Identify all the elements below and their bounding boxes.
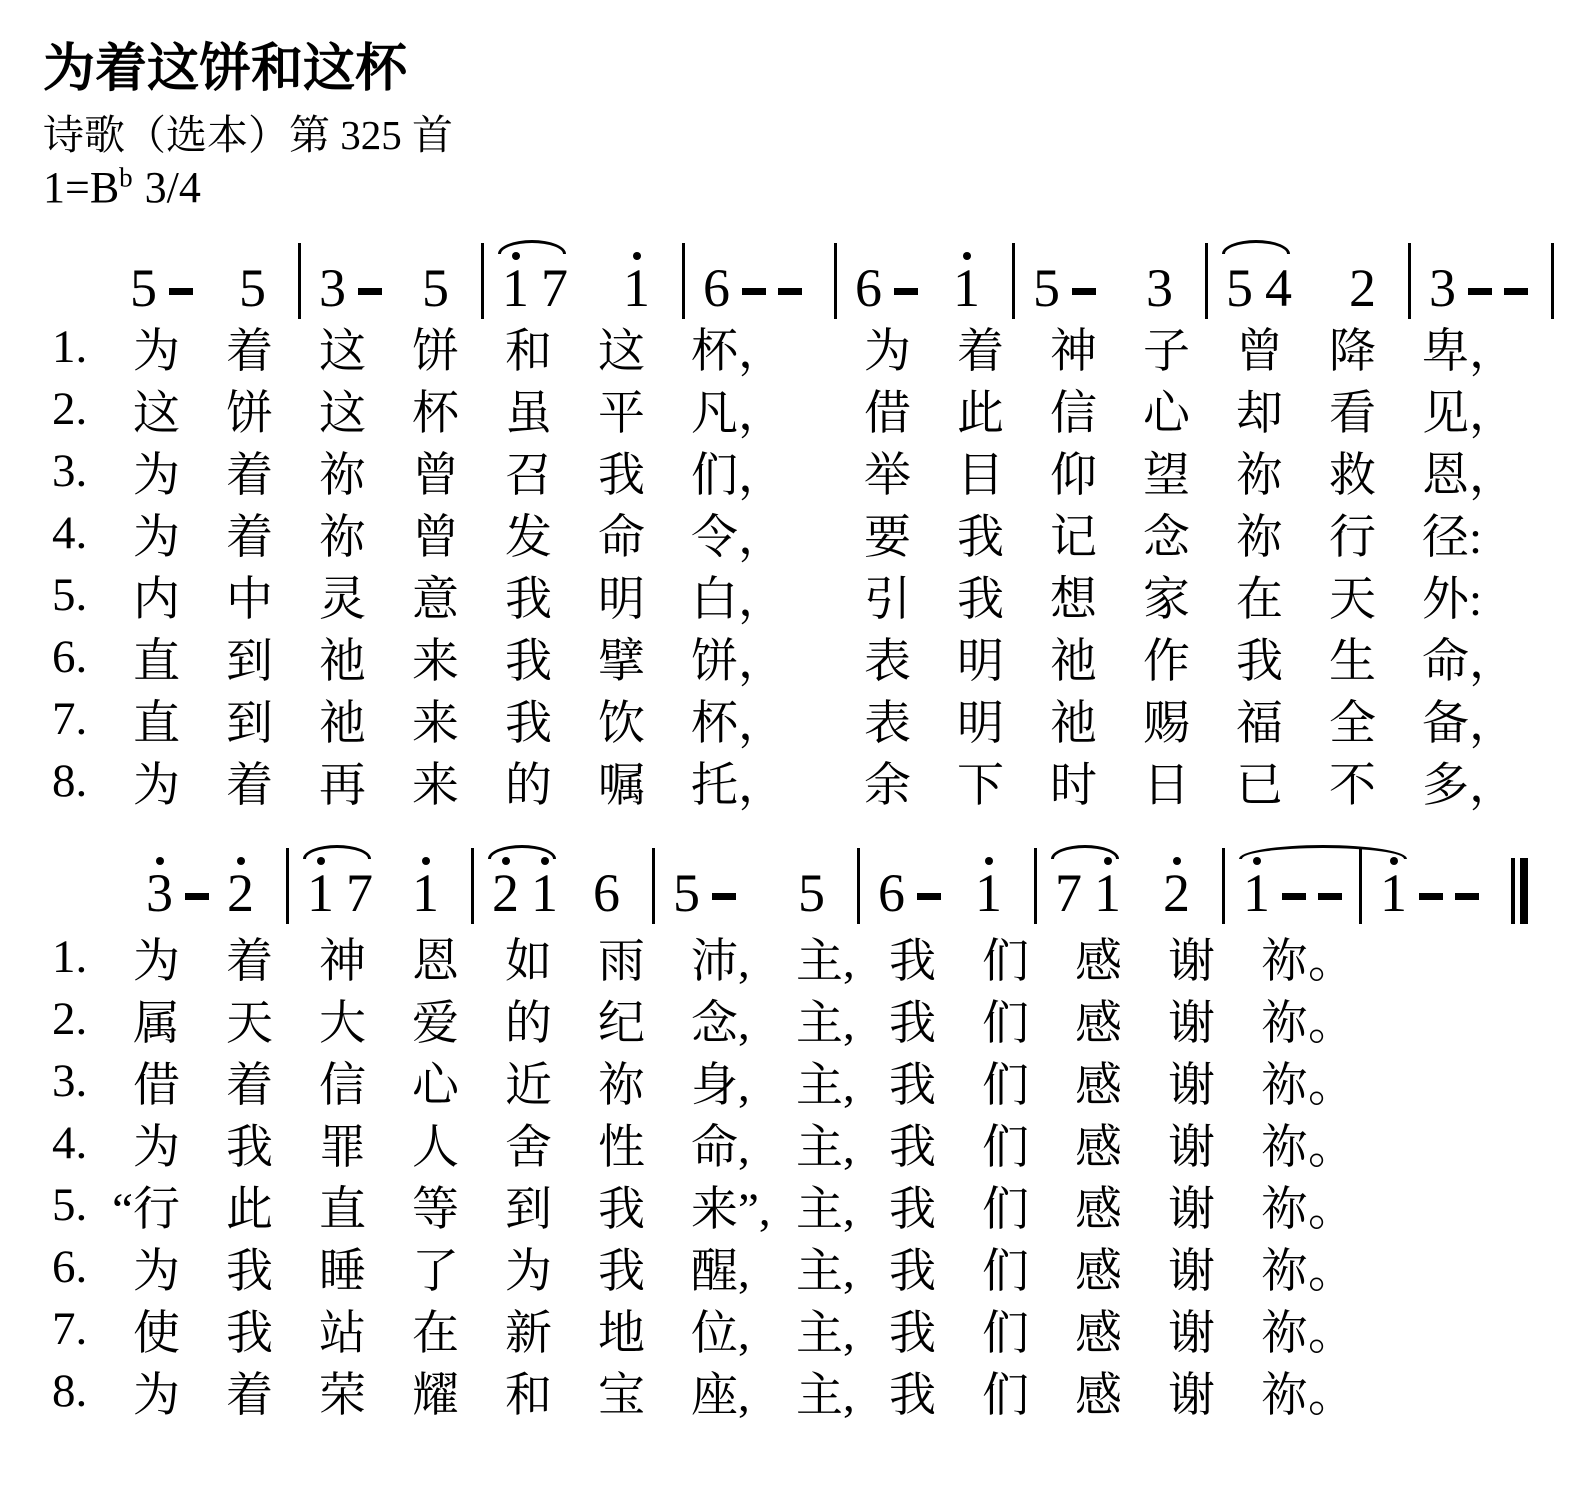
measure: 55 <box>655 838 857 924</box>
lyric-cell: 表 <box>841 686 934 753</box>
lyric-char: 和 <box>505 1370 552 1422</box>
lyric-char: 着 <box>957 326 1004 378</box>
lyric-char: 我 <box>889 998 936 1050</box>
lyric-cell: 谢 <box>1145 924 1238 991</box>
lyric-char: 着 <box>226 760 273 812</box>
lyric-cell: 直 <box>110 686 203 753</box>
note-group: 6 <box>849 257 924 319</box>
lyric-cell: 嘱 <box>575 748 668 815</box>
lyric-char: 意 <box>412 574 459 626</box>
lyric-cell: 祂 <box>296 624 389 691</box>
lyric-cell: 径: <box>1399 500 1492 567</box>
lyric-cell: 身, <box>668 1048 761 1115</box>
lyric-char: 我 <box>598 1246 645 1298</box>
note-group: 3 <box>1140 257 1179 319</box>
lyric-char: 我 <box>889 1308 936 1360</box>
lyric-cell: 望 <box>1120 438 1213 505</box>
lyric-cell: 命 <box>575 500 668 567</box>
lyric-cell: 们 <box>959 1234 1052 1301</box>
lyric-char: 仰 <box>1050 450 1097 502</box>
lyric-cell: 中 <box>203 562 296 629</box>
lyric-char: 主 <box>796 1246 843 1298</box>
lyric-char: 们 <box>982 1122 1029 1174</box>
lyric-cell: 虽 <box>482 376 575 443</box>
note: 5 <box>1033 257 1060 319</box>
lyric-cell: 为 <box>110 748 203 815</box>
lyric-char: 我 <box>598 1184 645 1236</box>
note: 5 <box>422 257 449 319</box>
duration-dash <box>185 893 209 900</box>
lyric-char: 饼 <box>691 636 738 688</box>
lyric-cell: 命, <box>668 1110 761 1177</box>
lyric-char: 为 <box>133 512 180 564</box>
lyric-cell: 大 <box>296 986 389 1053</box>
measure: 61 <box>860 838 1034 924</box>
lyric-cell: 饮 <box>575 686 668 753</box>
lyric-char: 这 <box>319 326 366 378</box>
lyric-char: 看 <box>1329 388 1376 440</box>
lyric-char: 命 <box>598 512 645 564</box>
lyric-char: 家 <box>1143 574 1190 626</box>
lyric-char: 天 <box>1329 574 1376 626</box>
lyric-char: 我 <box>889 1370 936 1422</box>
lyric-cell: 站 <box>296 1296 389 1363</box>
lyric-cell: 心 <box>389 1048 482 1115</box>
lyric-char: 主 <box>796 1122 843 1174</box>
lyric-char: 托 <box>691 760 738 812</box>
lyric-char: 我 <box>226 1122 273 1174</box>
lyric-char: 感 <box>1075 1122 1122 1174</box>
lyric-cell: 发 <box>482 500 575 567</box>
note-group: 6 <box>587 862 626 924</box>
lyric-char: 到 <box>505 1184 552 1236</box>
time-signature: 3/4 <box>145 163 201 212</box>
lyric-cell: 醒, <box>668 1234 761 1301</box>
lyric-cell: 我 <box>934 562 1027 629</box>
lyric-char: 祢 <box>1261 1308 1308 1360</box>
lyric-cell: 了 <box>389 1234 482 1301</box>
verse-row: 1.为着神恩如雨沛,主,我们感谢祢。 <box>0 926 1584 988</box>
verse-row: 3.借着信心近祢身,主,我们感谢祢。 <box>0 1050 1584 1112</box>
lyric-char: 内 <box>133 574 180 626</box>
lyric-cell: 们 <box>959 1296 1052 1363</box>
lyric-char: 沛 <box>691 936 738 988</box>
lyric-char: 见 <box>1422 388 1469 440</box>
lyric-cell: 着 <box>203 748 296 815</box>
lyric-cell: 为 <box>110 1358 203 1425</box>
lyric-char: 曾 <box>412 450 459 502</box>
lyric-char: 余 <box>864 760 911 812</box>
lyric-char: 我 <box>505 698 552 750</box>
lyric-char: 神 <box>319 936 366 988</box>
lyric-char: 曾 <box>1236 326 1283 378</box>
lyric-cell: 杯， <box>668 686 761 753</box>
verses-bottom: 1.为着神恩如雨沛,主,我们感谢祢。2.属天大爱的纪念,主,我们感谢祢。3.借着… <box>0 926 1584 1422</box>
lyric-char: 祢 <box>319 512 366 564</box>
measure: 53 <box>1015 233 1205 319</box>
measure: 6 <box>685 233 834 319</box>
lyric-char: 和 <box>505 326 552 378</box>
lyric-char: 卑 <box>1422 326 1469 378</box>
lyric-cell: 沛, <box>668 924 761 991</box>
lyric-char: 我 <box>889 1184 936 1236</box>
lyric-char: 新 <box>505 1308 552 1360</box>
lyric-cell: 救 <box>1306 438 1399 505</box>
lyric-char: 属 <box>133 998 180 1050</box>
lyric-cell: 天 <box>1306 562 1399 629</box>
lyric-cell: 卑， <box>1399 314 1492 381</box>
lyric-char: 明 <box>957 636 1004 688</box>
lyric-char: 等 <box>412 1184 459 1236</box>
lyric-char: 为 <box>133 450 180 502</box>
lyric-char: 我 <box>226 1246 273 1298</box>
lyric-cell: 为 <box>841 314 934 381</box>
lyric-char: 爱 <box>412 998 459 1050</box>
lyric-cell: 备， <box>1399 686 1492 753</box>
lyric-char: 这 <box>133 388 180 440</box>
note-group: 1 <box>969 862 1008 924</box>
lyric-cell: 为 <box>110 1234 203 1301</box>
lyric-cell: 赐 <box>1120 686 1213 753</box>
lyric-cell: 平 <box>575 376 668 443</box>
verse-number: 5. <box>52 568 110 622</box>
lyric-char: 祂 <box>319 698 366 750</box>
lyric-char: 令 <box>691 512 738 564</box>
lyric-char: 为 <box>133 1122 180 1174</box>
note: 3 <box>146 862 173 924</box>
lyric-char: 为 <box>133 1246 180 1298</box>
note-group: 5 <box>1027 257 1102 319</box>
lyric-cell: 福 <box>1213 686 1306 753</box>
note: 6 <box>855 257 882 319</box>
lyric-cell: 曾 <box>389 500 482 567</box>
lyric-char: 到 <box>226 636 273 688</box>
verse-number: 4. <box>52 1116 110 1170</box>
lyric-char: 醒 <box>691 1246 738 1298</box>
lyric-char: 祂 <box>1050 698 1097 750</box>
lyric-cell: 这 <box>296 314 389 381</box>
lyric-char: 擘 <box>598 636 645 688</box>
key-prefix: 1=B <box>43 163 119 212</box>
note: 3 <box>1429 257 1456 319</box>
lyric-cell: 作 <box>1120 624 1213 691</box>
note: 5 <box>798 862 825 924</box>
lyric-char: 饼 <box>412 326 459 378</box>
note-group: 5 <box>667 862 742 924</box>
key-signature: 1=Bb3/4 <box>43 164 453 212</box>
lyric-cell: 再 <box>296 748 389 815</box>
lyric-char: 举 <box>864 450 911 502</box>
lyric-cell: 神 <box>1027 314 1120 381</box>
lyric-char: 我 <box>889 1122 936 1174</box>
lyric-cell: 祢 <box>575 1048 668 1115</box>
lyric-cell: 地 <box>575 1296 668 1363</box>
lyric-char: 时 <box>1050 760 1097 812</box>
lyric-cell: 饼 <box>203 376 296 443</box>
duration-dash <box>1468 288 1492 295</box>
lyric-cell: 灵 <box>296 562 389 629</box>
lyric-cell: 舍 <box>482 1110 575 1177</box>
lyric-char: 们 <box>982 998 1029 1050</box>
note-group: 3 <box>313 257 388 319</box>
lyric-cell: 们 <box>959 1048 1052 1115</box>
lyric-char: 的 <box>505 760 552 812</box>
lyric-char: 们 <box>982 936 1029 988</box>
note-group: 3 <box>1423 257 1534 319</box>
lyric-cell: 为 <box>110 924 203 991</box>
lyric-cell: 这 <box>110 376 203 443</box>
lyric-char: 谢 <box>1168 936 1215 988</box>
flat-sign: b <box>119 162 133 192</box>
verse-number: 2. <box>52 382 110 436</box>
lyric-cell: 们， <box>668 438 761 505</box>
lyric-char: 直 <box>133 698 180 750</box>
lyric-char: 感 <box>1075 1184 1122 1236</box>
lyric-cell: 感 <box>1052 1048 1145 1115</box>
lyric-char: 借 <box>864 388 911 440</box>
lyric-cell: 直 <box>110 624 203 691</box>
lyric-char: 谢 <box>1168 1184 1215 1236</box>
lyric-char: 为 <box>133 936 180 988</box>
notation-line-2: 32171216556171211 <box>128 838 1528 924</box>
lyric-cell: 我 <box>866 1358 959 1425</box>
lyric-cell: 我 <box>866 986 959 1053</box>
lyric-char: 们 <box>982 1060 1029 1112</box>
lyric-cell: 属 <box>110 986 203 1053</box>
lyric-cell: 为 <box>110 438 203 505</box>
lyric-char: 着 <box>226 1370 273 1422</box>
lyric-cell: 着 <box>203 1358 296 1425</box>
lyric-char: 我 <box>505 574 552 626</box>
lyric-cell: 祢。 <box>1238 1296 1331 1363</box>
slur-arc <box>1222 240 1290 254</box>
lyric-char: 地 <box>598 1308 645 1360</box>
lyric-char: 直 <box>319 1184 366 1236</box>
lyric-char: 生 <box>1329 636 1376 688</box>
note: 1 <box>412 862 439 924</box>
verse-row: 6.为我睡了为我醒,主,我们感谢祢。 <box>0 1236 1584 1298</box>
lyric-char: 我 <box>505 636 552 688</box>
lyric-char: 感 <box>1075 1246 1122 1298</box>
verse-row: 8.为着再来的嘱托，余下时日已不多， <box>0 750 1584 812</box>
lyric-cell: 祢 <box>1213 500 1306 567</box>
lyric-char: 着 <box>226 1060 273 1112</box>
lyric-cell: 在 <box>1213 562 1306 629</box>
lyric-cell: 我 <box>1213 624 1306 691</box>
lyric-cell: 新 <box>482 1296 575 1363</box>
lyric-cell: 睡 <box>296 1234 389 1301</box>
duration-dash <box>1318 893 1342 900</box>
lyric-char: 此 <box>226 1184 273 1236</box>
lyric-cell: 此 <box>934 376 1027 443</box>
lyric-cell: 令， <box>668 500 761 567</box>
lyric-cell: 荣 <box>296 1358 389 1425</box>
lyric-cell: 已 <box>1213 748 1306 815</box>
lyric-cell: 目 <box>934 438 1027 505</box>
lyric-char: 径 <box>1422 512 1469 564</box>
lyric-cell: 念 <box>1120 500 1213 567</box>
lyric-cell: 为 <box>110 1110 203 1177</box>
lyric-char: 恩 <box>412 936 459 988</box>
lyric-char: 天 <box>226 998 273 1050</box>
lyric-char: 日 <box>1143 760 1190 812</box>
lyric-char: 为 <box>133 326 180 378</box>
lyric-char: 为 <box>133 760 180 812</box>
note-group: 2 <box>1343 257 1382 319</box>
lyric-char: 耀 <box>412 1370 459 1422</box>
lyric-cell: 仰 <box>1027 438 1120 505</box>
duration-dash <box>358 288 382 295</box>
lyric-cell: 擘 <box>575 624 668 691</box>
lyric-char: 的 <box>505 998 552 1050</box>
lyric-char: 赐 <box>1143 698 1190 750</box>
lyric-char: 性 <box>598 1122 645 1174</box>
lyric-cell: 祢。 <box>1238 1110 1331 1177</box>
verse-number: 7. <box>52 1302 110 1356</box>
lyric-cell: 如 <box>482 924 575 991</box>
lyric-char: 使 <box>133 1308 180 1360</box>
lyric-char: 着 <box>226 512 273 564</box>
note-group: 2 <box>221 862 260 924</box>
note: 1 <box>1243 862 1270 924</box>
lyric-cell: 祢。 <box>1238 924 1331 991</box>
lyric-cell: 主, <box>773 1296 866 1363</box>
lyric-cell: 着 <box>203 500 296 567</box>
measure: 216 <box>474 838 652 924</box>
lyric-cell: 白， <box>668 562 761 629</box>
lyric-char: 宝 <box>598 1370 645 1422</box>
lyric-cell: 借 <box>110 1048 203 1115</box>
note-group: 5 <box>416 257 455 319</box>
lyric-char: 引 <box>864 574 911 626</box>
page-title: 为着这饼和这杯 <box>43 42 453 98</box>
lyric-cell: 感 <box>1052 1234 1145 1301</box>
lyric-cell: 记 <box>1027 500 1120 567</box>
lyric-char: 祂 <box>319 636 366 688</box>
lyric-cell: 谢 <box>1145 1110 1238 1177</box>
lyric-char: 信 <box>1050 388 1097 440</box>
lyric-char: 救 <box>1329 450 1376 502</box>
lyric-char: 这 <box>598 326 645 378</box>
lyric-char: 为 <box>505 1246 552 1298</box>
lyric-cell: 召 <box>482 438 575 505</box>
lyric-cell: 子 <box>1120 314 1213 381</box>
lyric-char: 罪 <box>319 1122 366 1174</box>
lyric-cell: 们 <box>959 1110 1052 1177</box>
lyric-cell: 感 <box>1052 1296 1145 1363</box>
hymn-sheet: 为着这饼和这杯 诗歌（选本）第 325 首 1=Bb3/4 5535171661… <box>0 0 1584 1500</box>
lyric-cell: 见， <box>1399 376 1492 443</box>
lyric-char: 我 <box>957 512 1004 564</box>
lyric-char: 想 <box>1050 574 1097 626</box>
measure: 542 <box>1208 233 1408 319</box>
note-group: 2 <box>1157 862 1196 924</box>
lyric-cell: 性 <box>575 1110 668 1177</box>
verse-row: 4.为我罪人舍性命,主,我们感谢祢。 <box>0 1112 1584 1174</box>
lyric-cell: 来”, <box>668 1172 761 1239</box>
lyric-cell: 要 <box>841 500 934 567</box>
lyric-cell: 使 <box>110 1296 203 1363</box>
note: 1 <box>1380 862 1407 924</box>
duration-dash <box>742 288 766 295</box>
lyric-char: 祂 <box>1050 636 1097 688</box>
lyric-char: 直 <box>133 636 180 688</box>
lyric-char: 主 <box>796 1184 843 1236</box>
note: 6 <box>593 862 620 924</box>
lyric-char: 谢 <box>1168 998 1215 1050</box>
lyric-char: 神 <box>1050 326 1097 378</box>
duration-dash <box>1504 288 1528 295</box>
lyric-char: 明 <box>598 574 645 626</box>
measure: 35 <box>301 233 481 319</box>
note: 1 <box>1094 862 1121 924</box>
lyric-cell: 位, <box>668 1296 761 1363</box>
verse-row: 7.使我站在新地位,主,我们感谢祢。 <box>0 1298 1584 1360</box>
lyric-char: 我 <box>226 1308 273 1360</box>
lyric-char: 们 <box>982 1184 1029 1236</box>
lyric-cell: 这 <box>575 314 668 381</box>
lyric-char: 我 <box>1236 636 1283 688</box>
lyric-cell: 感 <box>1052 986 1145 1053</box>
lyric-cell: 到 <box>203 686 296 753</box>
lyric-char: 人 <box>412 1122 459 1174</box>
lyric-cell: 到 <box>482 1172 575 1239</box>
lyric-char: 发 <box>505 512 552 564</box>
note-group: 1 <box>406 862 445 924</box>
header: 为着这饼和这杯 诗歌（选本）第 325 首 1=Bb3/4 <box>43 42 453 212</box>
lyric-char: 借 <box>133 1060 180 1112</box>
verse-number: 2. <box>52 992 110 1046</box>
lyric-char: 已 <box>1236 760 1283 812</box>
duration-dash <box>1072 288 1096 295</box>
lyric-char: 谢 <box>1168 1060 1215 1112</box>
lyric-char: 我 <box>889 1246 936 1298</box>
verse-row: 5.内中灵意我明白，引我想家在天外: <box>0 564 1584 626</box>
note: 5 <box>130 257 157 319</box>
lyric-char: 祢 <box>1261 1060 1308 1112</box>
lyric-cell: 我 <box>575 1234 668 1301</box>
lyric-char: 谢 <box>1168 1308 1215 1360</box>
lyric-char: 行 <box>1329 512 1376 564</box>
measure: 61 <box>837 233 1012 319</box>
lyric-char: 感 <box>1075 1060 1122 1112</box>
verse-row: 2.这饼这杯虽平凡，借此信心却看见， <box>0 378 1584 440</box>
lyric-char: 祢 <box>1261 1246 1308 1298</box>
lyric-char: 表 <box>864 698 911 750</box>
lyric-cell: 雨 <box>575 924 668 991</box>
lyric-cell: 托， <box>668 748 761 815</box>
lyric-cell: 祂 <box>1027 686 1120 753</box>
lyric-char: 主 <box>796 936 843 988</box>
lyric-cell: 感 <box>1052 1110 1145 1177</box>
lyric-cell: 我 <box>482 686 575 753</box>
lyric-char: 站 <box>319 1308 366 1360</box>
lyric-char: 了 <box>412 1246 459 1298</box>
lyric-cell: 举 <box>841 438 934 505</box>
lyric-char: 祢 <box>1261 998 1308 1050</box>
lyric-cell: 明 <box>934 624 1027 691</box>
lyric-cell: 着 <box>934 314 1027 381</box>
lyric-char: 荣 <box>319 1370 366 1422</box>
lyric-cell: 全 <box>1306 686 1399 753</box>
duration-dash <box>917 893 941 900</box>
lyric-cell: 我 <box>482 562 575 629</box>
lyric-cell: 近 <box>482 1048 575 1115</box>
lyric-cell: 着 <box>203 438 296 505</box>
lyric-char: 再 <box>319 760 366 812</box>
lyric-char: 谢 <box>1168 1370 1215 1422</box>
lyric-cell: 曾 <box>389 438 482 505</box>
